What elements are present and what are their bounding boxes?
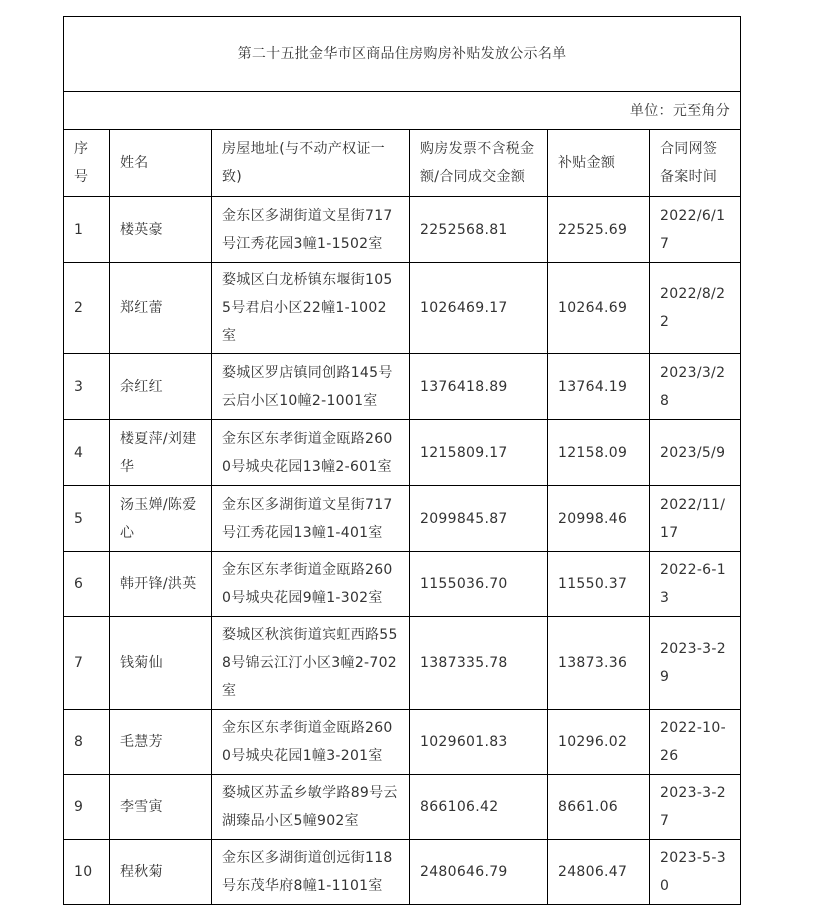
table-row: 10程秋菊金东区多湖街道创远街118号东茂华府8幢1-1101室2480646.… xyxy=(64,840,741,905)
header-address: 房屋地址(与不动产权证一致) xyxy=(212,130,410,197)
cell-address: 婺城区秋滨街道宾虹西路558号锦云江汀小区3幢2-702室 xyxy=(212,617,410,710)
cell-amount: 866106.42 xyxy=(410,775,548,840)
cell-no: 1 xyxy=(64,197,110,263)
cell-subsidy: 20998.46 xyxy=(548,486,650,552)
cell-name: 李雪寅 xyxy=(110,775,212,840)
cell-subsidy: 22525.69 xyxy=(548,197,650,263)
cell-subsidy: 10264.69 xyxy=(548,263,650,354)
cell-amount: 1376418.89 xyxy=(410,354,548,420)
cell-date: 2022-10-26 xyxy=(650,710,741,775)
cell-name: 毛慧芳 xyxy=(110,710,212,775)
cell-date: 2022-6-13 xyxy=(650,552,741,617)
page-title: 第二十五批金华市区商品住房购房补贴发放公示名单 xyxy=(64,17,741,92)
header-row: 序号 姓名 房屋地址(与不动产权证一致) 购房发票不含税金额/合同成交金额 补贴… xyxy=(64,130,741,197)
cell-amount: 1026469.17 xyxy=(410,263,548,354)
cell-subsidy: 24806.47 xyxy=(548,840,650,905)
cell-name: 楼英豪 xyxy=(110,197,212,263)
table-row: 2郑红蕾婺城区白龙桥镇东堰街1055号君启小区22幢1-1002室1026469… xyxy=(64,263,741,354)
cell-name: 汤玉婵/陈爱心 xyxy=(110,486,212,552)
cell-address: 金东区东孝街道金瓯路2600号城央花园9幢1-302室 xyxy=(212,552,410,617)
cell-no: 3 xyxy=(64,354,110,420)
cell-no: 10 xyxy=(64,840,110,905)
table-row: 7钱菊仙婺城区秋滨街道宾虹西路558号锦云江汀小区3幢2-702室1387335… xyxy=(64,617,741,710)
table-row: 5汤玉婵/陈爱心金东区多湖街道文星街717号江秀花园13幢1-401室20998… xyxy=(64,486,741,552)
cell-address: 婺城区罗店镇同创路145号云启小区10幢2-1001室 xyxy=(212,354,410,420)
cell-subsidy: 8661.06 xyxy=(548,775,650,840)
header-amount: 购房发票不含税金额/合同成交金额 xyxy=(410,130,548,197)
cell-address: 婺城区苏孟乡敏学路89号云湖臻品小区5幢902室 xyxy=(212,775,410,840)
unit-note: 单位：元至角分 xyxy=(64,92,741,130)
table-row: 3余红红婺城区罗店镇同创路145号云启小区10幢2-1001室1376418.8… xyxy=(64,354,741,420)
cell-name: 郑红蕾 xyxy=(110,263,212,354)
table-row: 4楼夏萍/刘建华金东区东孝街道金瓯路2600号城央花园13幢2-601室1215… xyxy=(64,420,741,486)
cell-amount: 1029601.83 xyxy=(410,710,548,775)
cell-date: 2023/3/28 xyxy=(650,354,741,420)
cell-address: 金东区东孝街道金瓯路2600号城央花园13幢2-601室 xyxy=(212,420,410,486)
table-row: 6韩开锋/洪英金东区东孝街道金瓯路2600号城央花园9幢1-302室115503… xyxy=(64,552,741,617)
cell-date: 2023-3-27 xyxy=(650,775,741,840)
cell-amount: 1155036.70 xyxy=(410,552,548,617)
cell-no: 5 xyxy=(64,486,110,552)
cell-name: 楼夏萍/刘建华 xyxy=(110,420,212,486)
cell-date: 2022/8/22 xyxy=(650,263,741,354)
cell-amount: 1215809.17 xyxy=(410,420,548,486)
cell-date: 2022/11/17 xyxy=(650,486,741,552)
cell-address: 金东区多湖街道创远街118号东茂华府8幢1-1101室 xyxy=(212,840,410,905)
cell-date: 2023/5/9 xyxy=(650,420,741,486)
cell-name: 余红红 xyxy=(110,354,212,420)
cell-amount: 2099845.87 xyxy=(410,486,548,552)
unit-row: 单位：元至角分 xyxy=(64,92,741,130)
cell-name: 韩开锋/洪英 xyxy=(110,552,212,617)
table-row: 8毛慧芳金东区东孝街道金瓯路2600号城央花园1幢3-201室1029601.8… xyxy=(64,710,741,775)
cell-subsidy: 13764.19 xyxy=(548,354,650,420)
cell-subsidy: 11550.37 xyxy=(548,552,650,617)
cell-name: 钱菊仙 xyxy=(110,617,212,710)
cell-no: 6 xyxy=(64,552,110,617)
cell-amount: 2252568.81 xyxy=(410,197,548,263)
header-subsidy: 补贴金额 xyxy=(548,130,650,197)
table-row: 9李雪寅婺城区苏孟乡敏学路89号云湖臻品小区5幢902室866106.42866… xyxy=(64,775,741,840)
cell-subsidy: 13873.36 xyxy=(548,617,650,710)
cell-amount: 1387335.78 xyxy=(410,617,548,710)
header-date: 合同网签备案时间 xyxy=(650,130,741,197)
cell-no: 4 xyxy=(64,420,110,486)
cell-date: 2023-5-30 xyxy=(650,840,741,905)
cell-date: 2022/6/17 xyxy=(650,197,741,263)
cell-subsidy: 10296.02 xyxy=(548,710,650,775)
cell-address: 金东区多湖街道文星街717号江秀花园3幢1-1502室 xyxy=(212,197,410,263)
header-name: 姓名 xyxy=(110,130,212,197)
title-row: 第二十五批金华市区商品住房购房补贴发放公示名单 xyxy=(64,17,741,92)
cell-name: 程秋菊 xyxy=(110,840,212,905)
cell-no: 7 xyxy=(64,617,110,710)
cell-no: 2 xyxy=(64,263,110,354)
cell-address: 婺城区白龙桥镇东堰街1055号君启小区22幢1-1002室 xyxy=(212,263,410,354)
table-row: 1楼英豪金东区多湖街道文星街717号江秀花园3幢1-1502室2252568.8… xyxy=(64,197,741,263)
cell-address: 金东区东孝街道金瓯路2600号城央花园1幢3-201室 xyxy=(212,710,410,775)
cell-no: 9 xyxy=(64,775,110,840)
subsidy-list-table: 第二十五批金华市区商品住房购房补贴发放公示名单 单位：元至角分 序号 姓名 房屋… xyxy=(63,16,741,905)
cell-amount: 2480646.79 xyxy=(410,840,548,905)
cell-date: 2023-3-29 xyxy=(650,617,741,710)
cell-address: 金东区多湖街道文星街717号江秀花园13幢1-401室 xyxy=(212,486,410,552)
cell-no: 8 xyxy=(64,710,110,775)
header-no: 序号 xyxy=(64,130,110,197)
cell-subsidy: 12158.09 xyxy=(548,420,650,486)
